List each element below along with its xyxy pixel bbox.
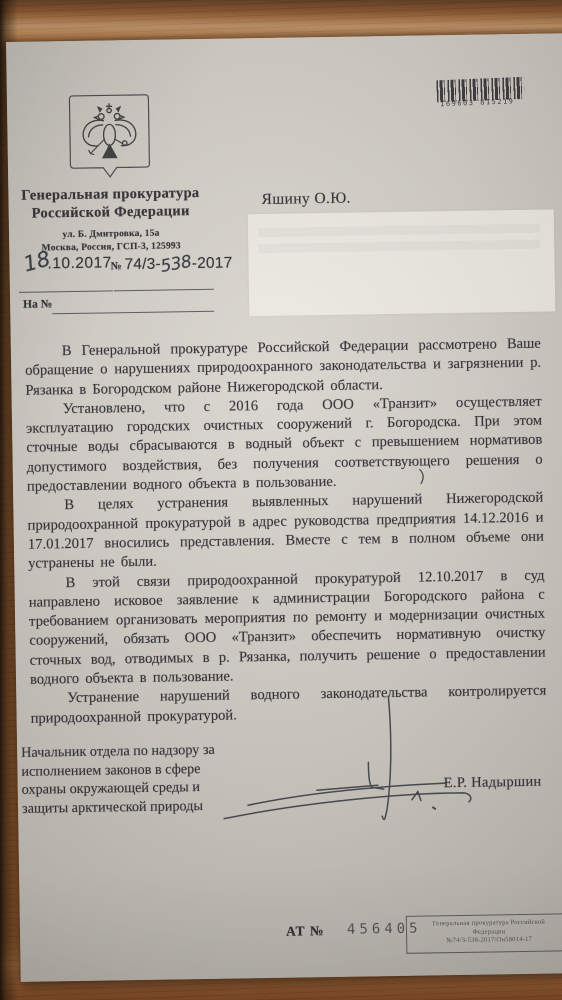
- letter-paper: Генеральная прокуратура Российской Федер…: [6, 33, 562, 982]
- redaction-ghost-text: [258, 224, 540, 258]
- signer-title-line: Начальник отдела по надзору за: [21, 741, 215, 763]
- number-sign: №: [110, 260, 121, 272]
- signature-caret-stroke: [412, 792, 421, 801]
- signer-title-line: защиты арктической природы: [22, 797, 216, 819]
- body-paragraph: Устранение нарушений водного законодател…: [30, 682, 547, 729]
- addressee-name: Яшину О.Ю.: [261, 190, 351, 209]
- registration-stamp: Генеральная прокуратура Российской Федер…: [406, 913, 562, 954]
- barcode: 169603 815219: [436, 77, 529, 115]
- body-paragraph: В этой связи природоохранной прокуратуро…: [28, 566, 546, 690]
- org-name-line2: Российской Федерации: [9, 202, 213, 223]
- signature-hook-stroke: [368, 762, 383, 789]
- reference-label: На №: [23, 298, 52, 310]
- signature-dash-stroke: [317, 785, 378, 790]
- number-suffix: -2017: [192, 254, 233, 272]
- date-printed: .10.2017: [47, 254, 112, 273]
- number-prefix: 74/3-: [124, 256, 161, 274]
- body-paragraph: В Генеральной прокуратуре Российской Фед…: [25, 335, 542, 401]
- barcode-bars-icon: [436, 77, 525, 103]
- photographed-letter: { "barcode": { "digits": "169603 815219"…: [0, 0, 562, 1000]
- outgoing-number: 74/3-538-2017: [124, 252, 232, 274]
- org-name: Генеральная прокуратура Российской Федер…: [8, 184, 213, 223]
- handwritten-number-part: 538: [159, 252, 193, 277]
- coat-of-arms-icon: [67, 92, 152, 183]
- reference-underline: [52, 311, 214, 315]
- signer-title: Начальник отдела по надзору за исполнени…: [21, 741, 216, 818]
- stamp-line: №74/3-538-2017/Он58014-17: [407, 935, 562, 946]
- body-paragraph: В целях устранения выявленных нарушений …: [27, 489, 544, 574]
- signature-sweep-stroke: [248, 783, 446, 805]
- form-series-label: АТ №: [286, 923, 325, 940]
- signature-long-sweep-stroke: [224, 793, 471, 819]
- signer-name: Е.Р. Надыршин: [444, 774, 542, 793]
- body-paragraph: Установлено, что с 2016 года ООО «Транзи…: [26, 393, 543, 498]
- redaction-box: [248, 209, 556, 316]
- letter-body: В Генеральной прокуратуре Российской Фед…: [25, 335, 547, 729]
